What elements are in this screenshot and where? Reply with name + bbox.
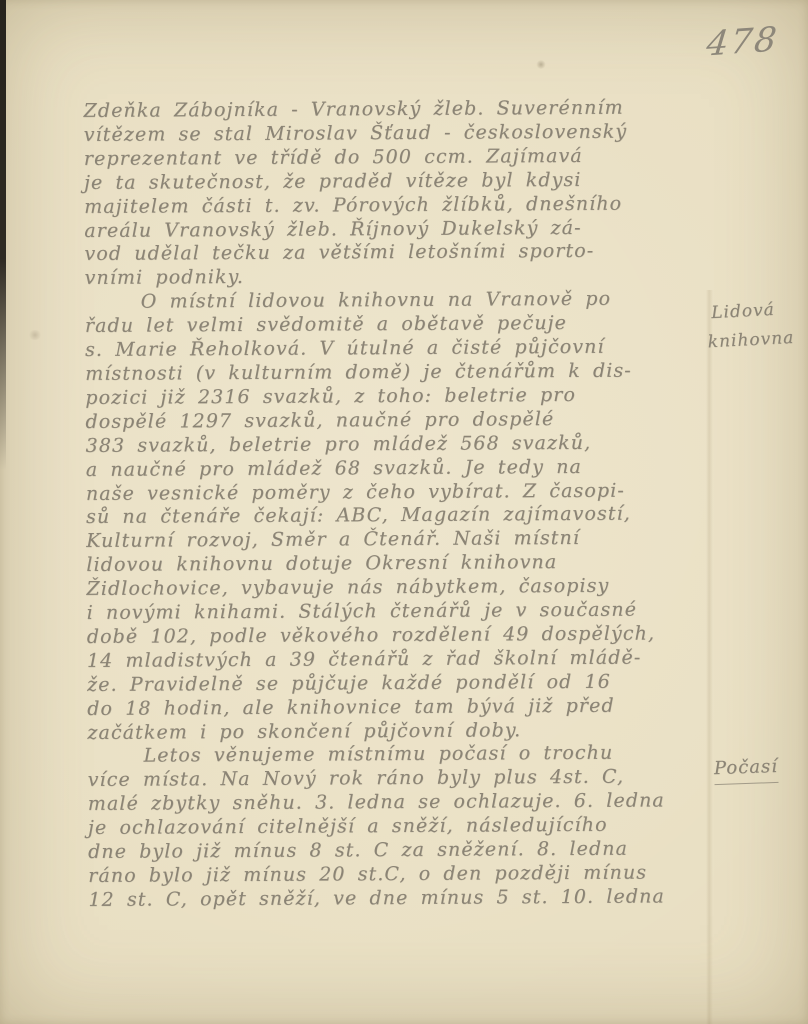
paragraph: Letos věnujeme místnímu počasí o trochuv…: [87, 742, 716, 913]
paragraph: Zdeňka Zábojníka - Vranovský žleb. Suver…: [84, 96, 713, 291]
margin-note-line: Počasí: [713, 752, 778, 785]
margin-note-line: knihovna: [707, 324, 795, 357]
paragraph: O místní lidovou knihovnu na Vranově poř…: [85, 287, 716, 745]
handwritten-line: 12 st. C, opět sněží, ve dne mínus 5 st.…: [88, 885, 716, 913]
photo-edge-artifact: [0, 0, 6, 470]
margin-note-line: Lidová: [711, 295, 794, 328]
handwritten-line: 14 mladistvých a 39 čtenářů z řad školní…: [87, 646, 715, 674]
handwritten-line: době 102, podle věkového rozdělení 49 do…: [87, 622, 715, 650]
paper-smudge: [536, 60, 546, 69]
handwritten-line: sů na čtenáře čekají: ABC, Magazín zajím…: [86, 502, 714, 530]
margin-note-lidova-knihovna: Lidová knihovna: [711, 295, 795, 357]
handwritten-line: místnosti (v kulturním domě) je čtenářům…: [85, 359, 713, 387]
handwritten-text-block: Zdeňka Zábojníka - Vranovský žleb. Suver…: [84, 96, 717, 913]
chronicle-page-photo: 478 Zdeňka Zábojníka - Vranovský žleb. S…: [0, 0, 808, 1024]
handwritten-line: malé zbytky sněhu. 3. ledna se ochlazuje…: [88, 789, 716, 817]
paper-smudge: [28, 330, 42, 340]
page-number: 478: [705, 20, 781, 65]
handwritten-line: vítězem se stal Miroslav Šťaud - českosl…: [84, 120, 712, 148]
handwritten-line: majitelem části t. zv. Pórových žlíbků, …: [84, 192, 712, 220]
margin-note-pocasi: Počasí: [713, 752, 778, 785]
